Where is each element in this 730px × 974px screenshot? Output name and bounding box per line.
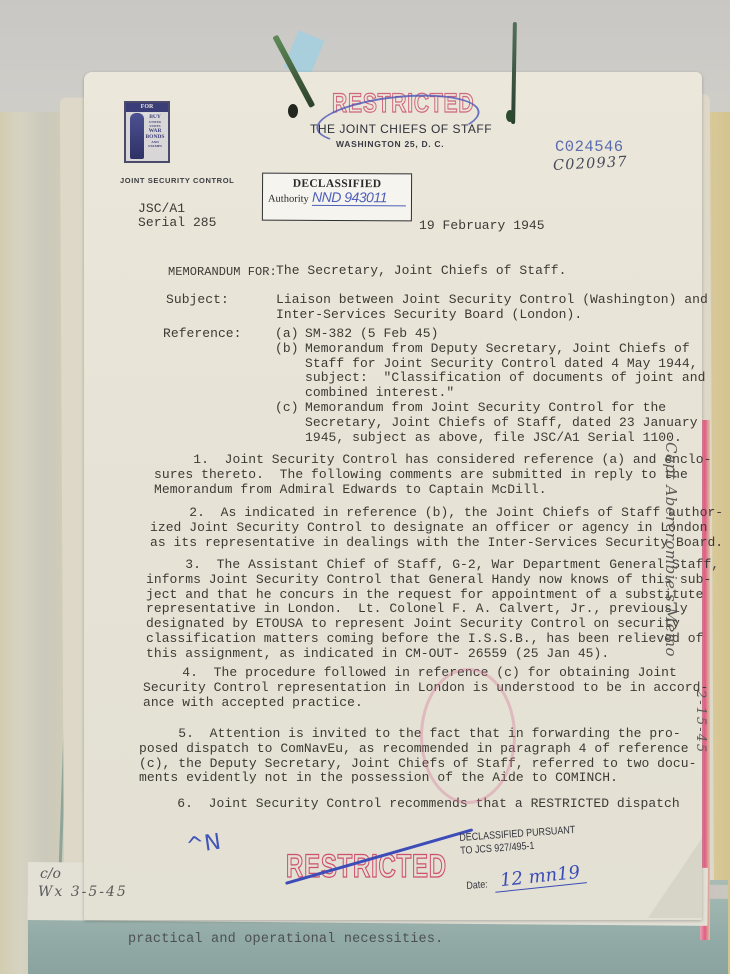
faded-stamp-mark [420,668,516,804]
organization-address: WASHINGTON 25, D. C. [336,139,444,149]
paragraph-6: 6. Joint Security Control recommends tha… [138,797,658,812]
organization-name: THE JOINT CHIEFS OF STAFF [310,122,492,136]
poster-lines: BUY UNITED STATES WAR BONDS AND STAMPS [145,114,165,148]
reference-item-a: (a) SM-382 (5 Feb 45) [275,327,705,342]
handwritten-note-co: c/o [40,866,61,882]
paragraph-1: 1. Joint Security Control has considered… [154,453,654,497]
punch-hole-left [288,104,298,118]
underlying-page-text: practical and operational necessities. [128,932,443,947]
paragraph-2: 2. As indicated in reference (b), the Jo… [150,506,660,550]
punch-hole-right [506,110,514,122]
reference-item-c: (c) Memorandum from Joint Security Contr… [275,401,705,445]
serial-number: Serial 285 [138,216,217,231]
memorandum-for-label: MEMORANDUM FOR: [168,265,277,280]
minuteman-figure-icon [130,113,144,159]
reference-item-b: (b) Memorandum from Deputy Secretary, Jo… [275,342,705,401]
restricted-stamp-bottom: RESTRICTED [286,848,447,885]
paragraph-5: 5. Attention is invited to the fact that… [139,727,659,786]
paragraph-4: 4. The procedure followed in reference (… [143,666,653,710]
handwritten-note-date: Wx 3-5-45 [38,884,128,900]
declassified-stamp-box: DECLASSIFIED Authority NND 943011 [262,173,412,222]
authority-label: Authority [268,194,309,205]
margin-note-date: 2-15-45 [693,690,708,754]
reference-label: Reference: [163,327,242,342]
margin-note-vertical: Capt Abercrombie's Memo [662,442,680,657]
folded-corner [648,838,702,918]
document-id-stamped: C024546 [555,138,624,156]
memorandum-for-value: The Secretary, Joint Chiefs of Staff. [276,264,567,279]
office-label: JOINT SECURITY CONTROL [120,176,234,185]
blue-caret-mark: ^N [184,830,222,860]
authority-value: NND 943011 [312,189,406,206]
memo-date: 19 February 1945 [419,219,545,234]
subject-label: Subject: [166,293,229,308]
declassified-date-label: Date: [466,879,488,892]
reference-list: (a) SM-382 (5 Feb 45) (b) Memorandum fro… [275,327,705,445]
war-bonds-poster-icon: FOR VICTORY BUY UNITED STATES WAR BONDS … [124,101,170,163]
paragraph-3: 3. The Assistant Chief of Staff, G-2, Wa… [146,558,656,662]
subject-value: Liaison between Joint Security Control (… [276,293,708,323]
